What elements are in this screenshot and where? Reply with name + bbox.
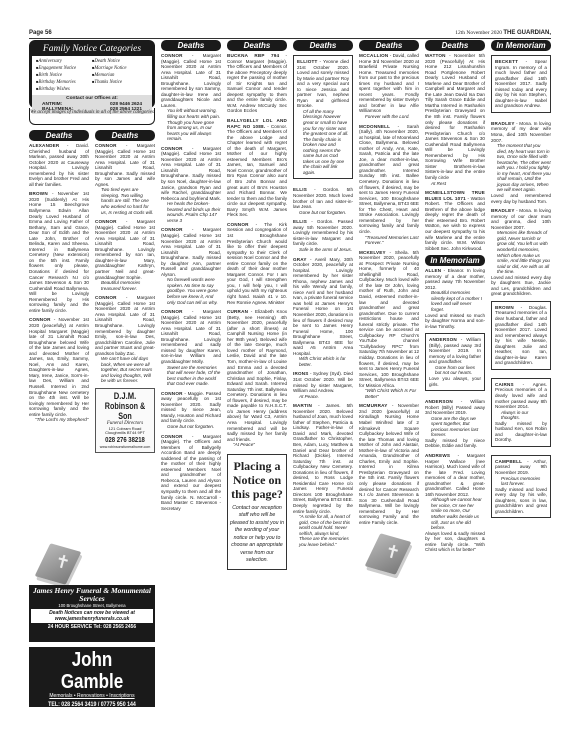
categories-list: Anniversary Death Notice Engagement Noti… <box>32 56 152 95</box>
notice-name: MCDONNELL <box>359 124 390 129</box>
column-2: Deaths CONNOR - Margaret (Maggie). Calle… <box>95 130 155 453</box>
notice-verse: No farewell words were spoken. No time t… <box>161 277 221 305</box>
notice-verse: He heals the broken-hearted and binds up… <box>161 201 221 223</box>
notice-name: ANDERSON <box>429 337 457 342</box>
notice-signoff: Love you always, your girls. <box>429 376 481 387</box>
advert-phone: 028 276 38218 <box>102 436 148 445</box>
category-item: Anniversary <box>36 58 92 65</box>
category-item: Engagement Notice <box>36 65 92 72</box>
notice-name: CONNOR <box>161 227 183 232</box>
notice-text: - November 2nd 2020 (peacefully) at Kint… <box>359 403 419 524</box>
notice-verse: Sweet are the memories that will never f… <box>161 365 221 387</box>
notice-verse: The moment that you died, My heart was t… <box>491 143 551 193</box>
notice-text: - Margaret (Maggie). Called Home 1st Nov… <box>161 53 221 108</box>
advert-website-note[interactable]: Death Notices can now be viewed at www.j… <box>31 609 153 623</box>
section-header-in-memoriam: In Memoriam <box>491 40 551 51</box>
notice-verse: Of all the many blessings however great … <box>297 109 349 176</box>
notice-name: ELLIS <box>293 187 307 192</box>
notice-text: - November 5th 2020 (Peacefully) At His … <box>425 53 485 180</box>
notice-text: - The Kirk Session and congregation of 1… <box>227 222 287 305</box>
advert-address: 8 Rathmore Heights, Ballymena <box>31 709 153 717</box>
section-header-deaths: Deaths <box>161 40 221 51</box>
column-6: Deaths MCCALLION - David, called Home 3r… <box>359 40 419 581</box>
death-notice: ELLIS - Gordon. 5th November 2020. Much … <box>293 187 353 215</box>
paper-name: THE GUARDIAN, <box>503 30 551 36</box>
death-notice: WATTON - November 5th 2020 (Peacefully) … <box>425 53 485 186</box>
memoriam-notice: ANDERSON - William (Billy), passed away … <box>425 333 485 391</box>
death-notice: CONNOR - November 1st 2020 (peacefully) … <box>29 317 89 422</box>
notice-signoff: Sadly missed and loved every day by his … <box>495 487 547 515</box>
bible-image: ✝ <box>35 535 83 591</box>
notice-verse: Forever with the Lord. <box>359 114 419 120</box>
notice-verse: Gone are the days we spent together, But… <box>425 416 485 438</box>
notice-name: ALEXANDER <box>29 143 59 148</box>
notice-verse: Gone from our lives but not our hearts. <box>429 365 481 376</box>
categories-title: Family Notice Categories <box>32 43 152 55</box>
category-item: Birth Notice <box>36 72 92 79</box>
death-notice: BROWN - November 1st 2020 (Suddenly) At … <box>29 191 89 313</box>
memoriam-notice: ANDREWS - Margaret Harper Wallace (nee H… <box>425 453 485 553</box>
notice-verse: You left without warning, filling our he… <box>161 108 221 141</box>
notice-text: - Margaret (Maggie). Called Home 1st Nov… <box>95 295 155 355</box>
death-notice: MCKELVEY - Sheila. 5th November 2020, pe… <box>359 250 419 400</box>
memoriam-notice: CAIRNS - Agnes. Precious memories of a d… <box>491 378 551 447</box>
notice-name: CONNOR <box>95 219 117 224</box>
notice-verse: With Christ which is far better. <box>293 356 353 367</box>
masthead: 12th November 2020 THE GUARDIAN, <box>455 30 551 36</box>
notice-verse: At Rest <box>425 181 485 187</box>
section-header-deaths: Deaths <box>95 130 155 141</box>
notice-text: - James. 5th November 2020. Beloved husb… <box>293 403 353 513</box>
notice-name: BROWN <box>29 191 48 196</box>
death-notice: MCNEILLSTOWN TRUE BLUES LOL 1071 - Watto… <box>425 190 485 251</box>
notice-verse: Gone but not forgotten. <box>293 210 353 216</box>
notice-name: CONNOR <box>29 317 51 322</box>
notice-verse: Gone but not forgotten. <box>161 424 221 430</box>
notice-text: - Sheila. 5th November 2020, peacefully … <box>359 250 419 388</box>
notice-name: ANDREWS <box>425 453 450 458</box>
death-notice: ALEXANDER - David. Cherished husband of … <box>29 143 89 187</box>
notice-text: - David, called Home 3rd November 2020 a… <box>359 53 419 113</box>
notice-name: WATTON <box>425 53 446 58</box>
notice-verse: "At Peace" <box>227 442 287 448</box>
notice-text: - Yvonne died 21st October 2020. Loved a… <box>297 59 349 108</box>
notice-signoff: Always loved & sadly missed by her son, … <box>425 531 485 553</box>
section-header-deaths: Deaths <box>227 40 287 51</box>
notice-name: MCCALLION <box>359 53 388 58</box>
section-header-deaths: Deaths <box>29 130 89 141</box>
column-1: Deaths ALEXANDER - David. Cherished husb… <box>29 130 89 427</box>
notice-verse: "Treasured Memories Last Forever." <box>359 235 419 246</box>
notice-verse: Beautiful memories silently kept of a mo… <box>425 290 485 312</box>
death-notice: MCDONNELL - Sarah (Sally). 4th November … <box>359 124 419 246</box>
notice-text: - Spear Ingram. In memory of a much love… <box>495 59 547 108</box>
notice-text: - Douglas. Treasured memories of a dear … <box>495 305 547 365</box>
notice-name: ELLIS <box>293 219 307 224</box>
notice-text: - November 1st 2020 (Suddenly) At His Ho… <box>29 191 89 312</box>
notice-name: CONNOR <box>95 143 117 148</box>
death-notice: CONNOR - The Kirk Session and congregati… <box>227 222 287 305</box>
notice-text: - Maggie. Passed away peacefully on 1st … <box>161 391 221 424</box>
notice-verse: "The Lord's my Shepherd" <box>29 417 89 423</box>
memoriam-notice: BRADLEY - Mona. In loving memory of my d… <box>491 121 551 204</box>
memoriam-notice: ALLEN - Eleanor. In loving memory of a d… <box>425 268 485 329</box>
advert-line: Robinson & Son <box>103 401 146 421</box>
notice-signoff: Sadly missed by niece Debbie, Eddie and … <box>425 438 485 449</box>
category-item: Marriage Notice <box>92 65 148 72</box>
death-notice: CONNOR - Margaret (Maggie). Called Home … <box>161 227 221 305</box>
john-gamble-advert: John Gamble Memorials • Renovations • In… <box>29 647 155 707</box>
header-rule <box>29 38 551 39</box>
notice-verse: "A smile for all, a heart of gold, One o… <box>293 514 353 547</box>
column-4: Deaths BUCKNA RBP 794 - Connor Margaret … <box>227 40 287 570</box>
advert-title: James Henry Funeral & Monumental Service… <box>31 587 153 603</box>
bible-icon: ✝ <box>35 541 83 585</box>
notice-verse: Although we cannot hear her voice, Or se… <box>425 497 485 530</box>
notice-name: CONNOR <box>161 146 183 151</box>
placing-body: Contact our reception staff who will be … <box>230 505 284 565</box>
notice-name: IRONS <box>293 371 309 376</box>
notice-name: CONNOR <box>161 309 183 314</box>
death-notice: CONNOR - Margaret (Maggie). Called Home … <box>95 295 155 384</box>
death-notice: CONNOR - Margaret (Maggie). Called Home … <box>95 219 155 291</box>
notice-verse: Memories like threads of gold, Never tar… <box>491 230 551 274</box>
advert-address: 121 Cobram Road Cloughmills BT44 9PT <box>98 427 152 436</box>
notice-name: CONNOR <box>161 53 183 58</box>
advert-title: John Gamble <box>40 649 144 693</box>
notice-name: BUCKNA RBP 794 <box>227 53 279 58</box>
section-header-in-memoriam: In Memoriam <box>425 255 485 266</box>
notice-signoff: Loved and remembered every day by husban… <box>491 193 551 204</box>
notice-name: CURRAN <box>227 309 248 314</box>
death-notice: MCCALLION - David, called Home 3rd Novem… <box>359 53 419 120</box>
notice-name: MARTIN <box>293 403 312 408</box>
notice-text: - Watton Robert. The Officers and Brethr… <box>425 196 485 251</box>
notice-name: BROWN <box>495 305 514 310</box>
advert-phone: TEL: 028 2564 3419 / 07775 950 144 <box>40 700 144 709</box>
issue-date: 12th November 2020 <box>455 30 502 36</box>
notice-name: GRAY <box>293 257 307 262</box>
memoriam-notice: CAMPBELL - Arthur, passed away 9th Novem… <box>491 455 551 518</box>
notice-verse: "With Christ Which Is Far Better" <box>359 388 419 399</box>
notice-signoff: Loved and missed every day by daughters … <box>491 275 551 297</box>
advert-phone: 24 HOUR SERVICE Tel: 028 2565 2456 <box>40 623 144 631</box>
notice-name: BRADLEY <box>491 208 515 213</box>
notice-verse: Always in our thoughts. <box>495 410 547 421</box>
death-notice: ELLIOTT - Yvonne died 21st October 2020.… <box>293 55 353 179</box>
notice-name: ALLEN <box>425 268 441 273</box>
notice-text: - Margaret (Maggie). Called Home 1st Nov… <box>161 227 221 276</box>
death-notice: CONNOR - Margaret (Maggie). Called Home … <box>161 146 221 224</box>
notice-text: - November 1st 2020 (peacefully) at Antr… <box>29 317 89 416</box>
memoriam-notice: ANDERSON - William Robert (Billy) Passed… <box>425 399 485 449</box>
death-notice: MCMURRAY - November 2nd 2020 (peacefully… <box>359 403 419 525</box>
notice-text: - David. Cherished husband of Marlean, p… <box>29 143 89 187</box>
memoriam-notice: BROWN - Douglas. Treasured memories of a… <box>491 301 551 370</box>
death-notice: CONNOR - Margaret (Maggie). Called Home … <box>95 143 155 215</box>
notice-text: - Margaret (Maggie). The Officers and Me… <box>161 434 221 511</box>
images-accepted-note: We accept images of individuals in all o… <box>29 108 155 125</box>
notice-verse: Precious memories last forever. <box>495 476 547 487</box>
death-notice: BUCKNA RBP 794 - Connor Margaret (Maggie… <box>227 53 287 114</box>
advert-website[interactable]: www.robinsonsfuneralhome.com <box>98 445 152 451</box>
death-notice: GRAY - Averil Mary, 30th October 2020, p… <box>293 257 353 368</box>
notice-name: CONNOR <box>161 391 183 396</box>
notice-name: MCMURRAY <box>359 403 387 408</box>
column-5: Deaths ELLIOTT - Yvonne died 21st Octobe… <box>293 40 353 551</box>
family-notice-categories-box: Family Notice Categories Anniversary Dea… <box>29 40 155 108</box>
notice-name: ANDERSON <box>425 399 453 404</box>
notice-name: CONNOR <box>227 222 249 227</box>
bible-icon: ✝ <box>365 531 413 575</box>
advert-services: Memorials • Renovations • Inscriptions <box>31 693 153 700</box>
notice-name: CAIRNS <box>495 382 514 387</box>
memoriam-notice: BECKETT - Spear Ingram. In memory of a m… <box>491 55 551 113</box>
notice-verse: Two tired eyes are sleeping. Two willing… <box>95 187 155 215</box>
placing-title: Placing a Notice on this page? <box>230 459 284 501</box>
notice-verse: Safe in the arms of Jesus. <box>293 247 353 253</box>
death-notice: CONNOR - Maggie. Passed away peacefully … <box>161 391 221 430</box>
category-item: Memorian <box>92 72 148 79</box>
notice-name: ELLIOTT <box>297 59 318 64</box>
category-item: Thanks Notice <box>92 79 148 86</box>
page-number: Page 56 <box>29 30 52 36</box>
death-notice: IRONS - Sydney (Syd). Died 31st October … <box>293 371 353 399</box>
notice-verse: At Peace. <box>293 394 353 400</box>
notice-text: - Elizabeth Knox (Betty, nee Henning) 4t… <box>227 309 287 442</box>
notice-name: BECKETT <box>495 59 518 64</box>
notice-text: - Margaret (Maggie). Called Home 1st Nov… <box>161 309 221 364</box>
death-notice: CONNOR - Margaret (Maggie). The Officers… <box>161 434 221 512</box>
column-3: Deaths CONNOR - Margaret (Maggie). Calle… <box>161 40 221 515</box>
section-header-deaths: Deaths <box>293 40 353 51</box>
section-header-deaths: Deaths <box>425 40 485 51</box>
death-notice: CURRAN - Elizabeth Knox (Betty, nee Henn… <box>227 309 287 448</box>
memoriam-notice: BRADLEY - Mona. In loving memory of our … <box>491 208 551 297</box>
notice-name: CAMPBELL <box>495 459 522 464</box>
notice-verse: We can't have old days back, When we wer… <box>95 356 155 384</box>
djm-robinson-advert: D.J.M. Robinson & Son Funeral Directors … <box>95 388 155 453</box>
notice-name: BRADLEY <box>491 121 515 126</box>
notice-text: - Connor Margaret (Maggie). The Officers… <box>227 53 287 113</box>
column-8: In Memoriam BECKETT - Spear Ingram. In m… <box>491 40 551 526</box>
placing-a-notice-box: Placing a Notice on this page? Contact o… <box>227 454 287 570</box>
notice-text: - Margaret Harper Wallace (nee Harrison)… <box>425 453 485 497</box>
death-notice: BALLYGELLY LOL AND RAPC NO 1088. - Conno… <box>227 118 287 218</box>
death-notice: ELLIS - Gordon. Passed away 5th November… <box>293 219 353 252</box>
death-notice: CONNOR - Margaret (Maggie). Called Home … <box>161 309 221 387</box>
section-header-deaths: Deaths <box>359 40 419 51</box>
category-item: Birthday Wishes <box>36 86 92 93</box>
notice-name: CONNOR <box>95 295 117 300</box>
notice-name: MCKELVEY <box>359 250 386 255</box>
notice-signoff: Loved and missed so much by daughter Nor… <box>425 313 485 330</box>
notice-text: - Margaret (Maggie). Called Home 1st Nov… <box>95 143 155 187</box>
advert-line: D.J.M. <box>102 391 148 401</box>
notice-verse: Beautiful memories treasured forever. <box>95 280 155 291</box>
notice-text: - Sarah (Sally). 4th November 2020, at h… <box>359 124 419 234</box>
james-henry-advert: James Henry Funeral & Monumental Service… <box>29 585 155 642</box>
notice-text: - Averil Mary, 30th October 2020, peacef… <box>293 257 353 356</box>
category-item: Death Notice <box>92 58 148 65</box>
category-item: Birthday Memories <box>36 79 92 86</box>
column-7: Deaths WATTON - November 5th 2020 (Peace… <box>425 40 485 557</box>
death-notice: MARTIN - James. 5th November 2020. Belov… <box>293 403 353 547</box>
notice-signoff: Sadly missed by husband Ken, son Robin a… <box>495 421 547 443</box>
notice-text: - Connor. The Officers and Members of th… <box>227 124 287 218</box>
notice-text: - Margaret (Maggie). Called Home 1st Nov… <box>161 146 221 201</box>
notice-text: - Margaret (Maggie). Called Home 1st Nov… <box>95 219 155 279</box>
notice-name: CONNOR <box>161 434 183 439</box>
death-notice: CONNOR - Margaret (Maggie). Called Home … <box>161 53 221 142</box>
